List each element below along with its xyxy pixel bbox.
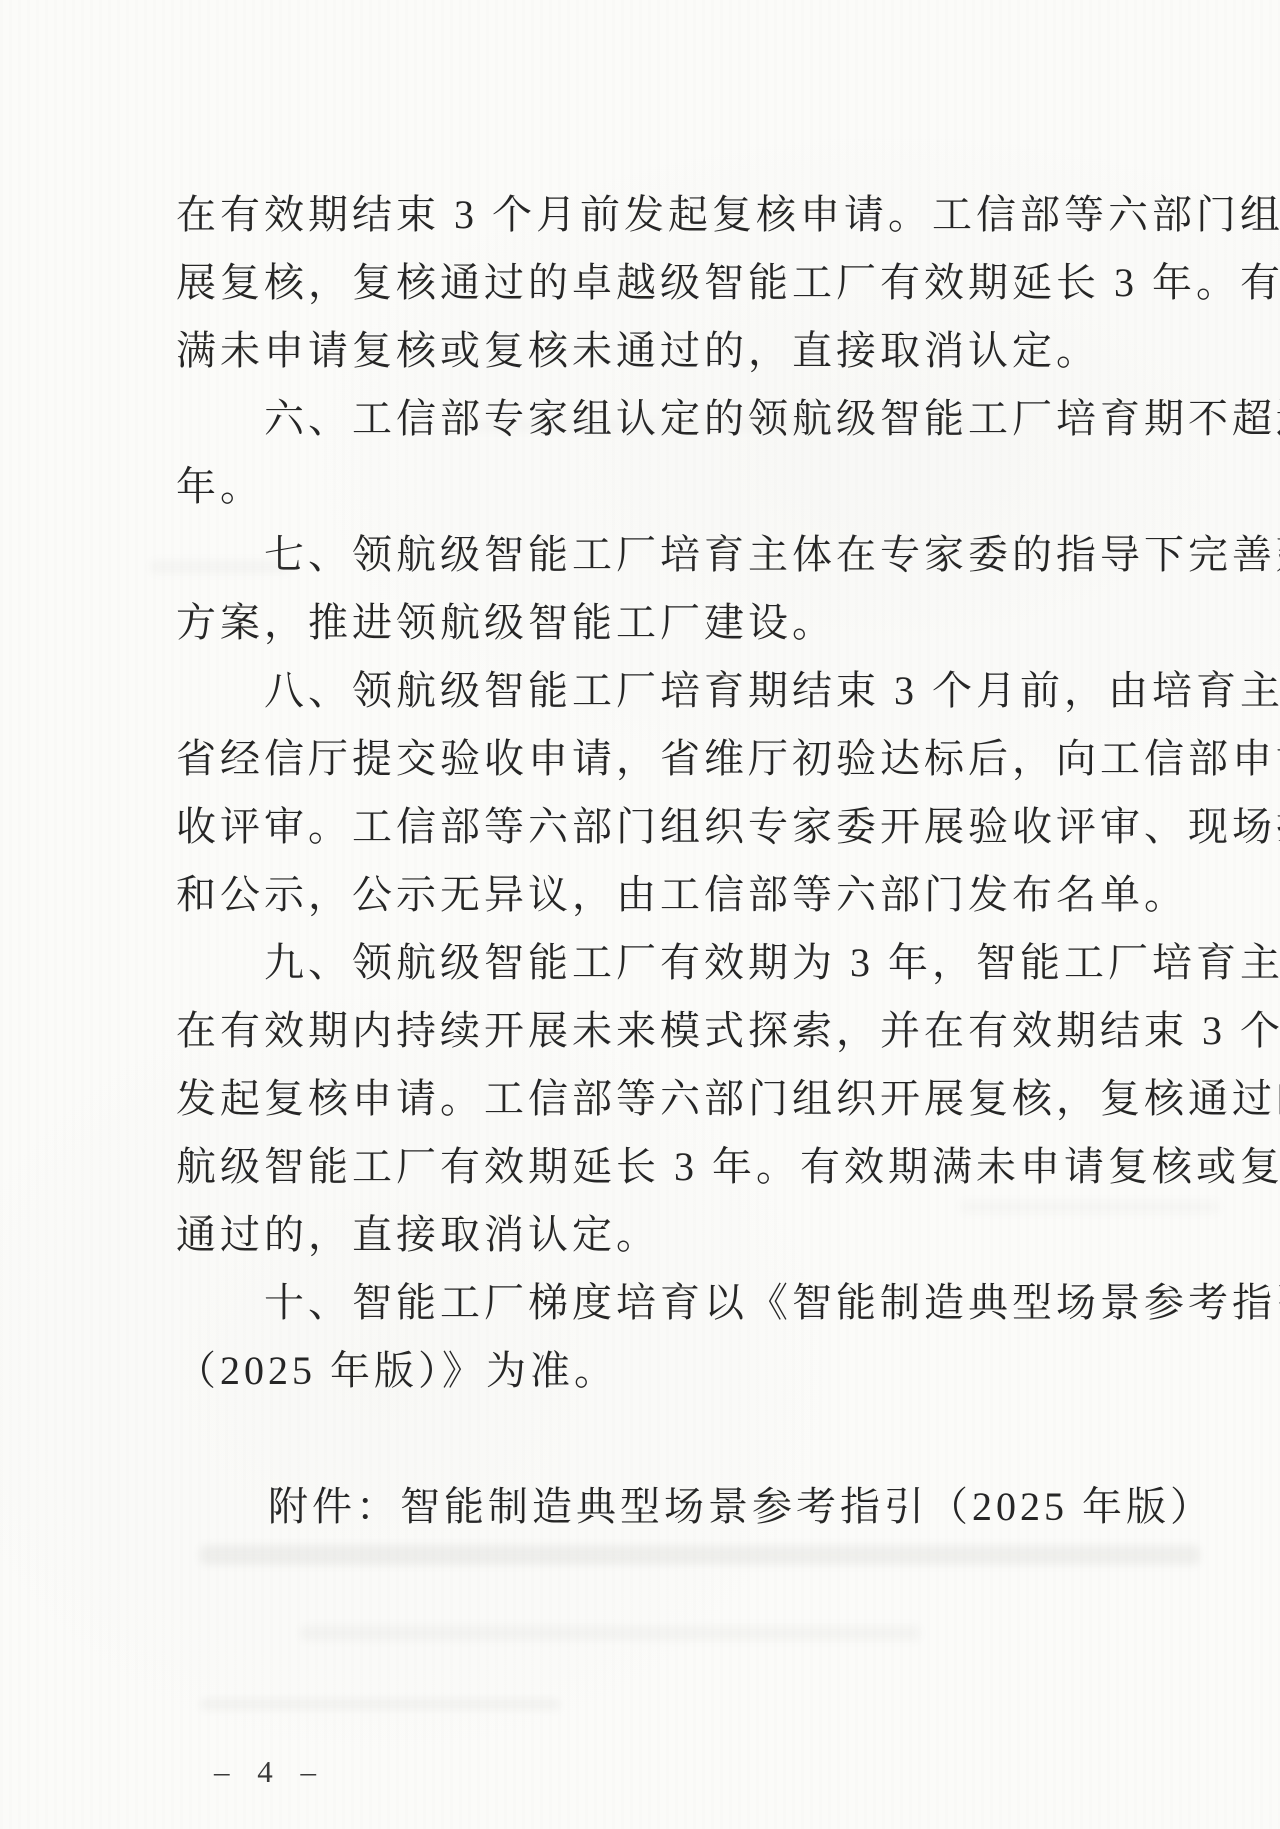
text-line: 方案，推进领航级智能工厂建设。	[176, 589, 1246, 657]
text-line-item-eight: 八、领航级智能工厂培育期结束 3 个月前，由培育主体向	[176, 657, 1246, 725]
bleed-through-artifact	[450, 420, 970, 432]
text-line: 在有效期内持续开展未来模式探索，并在有效期结束 3 个月前	[176, 997, 1246, 1065]
document-body: 在有效期结束 3 个月前发起复核申请。工信部等六部门组织开 展复核，复核通过的卓…	[176, 181, 1246, 1541]
text-line-item-six: 六、工信部专家组认定的领航级智能工厂培育期不超过 2	[176, 385, 1246, 453]
bleed-through-artifact	[960, 1200, 1220, 1214]
attachment-reference-line: 附件：智能制造典型场景参考指引（2025 年版）	[176, 1473, 1246, 1541]
text-line: 和公示，公示无异议，由工信部等六部门发布名单。	[176, 861, 1246, 929]
bleed-through-artifact	[200, 1698, 560, 1710]
text-line: 满未申请复核或复核未通过的，直接取消认定。	[176, 317, 1246, 385]
text-line: 年。	[176, 453, 1246, 521]
text-line: 省经信厅提交验收申请，省维厅初验达标后，向工信部申请验	[176, 725, 1246, 793]
scanned-document-page: 在有效期结束 3 个月前发起复核申请。工信部等六部门组织开 展复核，复核通过的卓…	[0, 0, 1280, 1829]
text-line: 发起复核申请。工信部等六部门组织开展复核，复核通过的领	[176, 1065, 1246, 1133]
text-line: 在有效期结束 3 个月前发起复核申请。工信部等六部门组织开	[176, 181, 1246, 249]
bleed-through-artifact	[150, 560, 290, 574]
text-line-item-seven: 七、领航级智能工厂培育主体在专家委的指导下完善建设	[176, 521, 1246, 589]
text-line: 收评审。工信部等六部门组织专家委开展验收评审、现场抽查	[176, 793, 1246, 861]
bleed-through-artifact	[300, 1625, 920, 1641]
text-line: 展复核，复核通过的卓越级智能工厂有效期延长 3 年。有效期	[176, 249, 1246, 317]
bleed-through-artifact	[200, 1545, 1200, 1565]
text-line: 航级智能工厂有效期延长 3 年。有效期满未申请复核或复核未	[176, 1133, 1246, 1201]
text-line-item-ten: 十、智能工厂梯度培育以《智能制造典型场景参考指引	[176, 1269, 1246, 1337]
text-line-item-nine: 九、领航级智能工厂有效期为 3 年，智能工厂培育主体应	[176, 929, 1246, 997]
text-line: （2025 年版）》为准。	[176, 1337, 1246, 1405]
page-number: – 4 –	[214, 1752, 326, 1792]
